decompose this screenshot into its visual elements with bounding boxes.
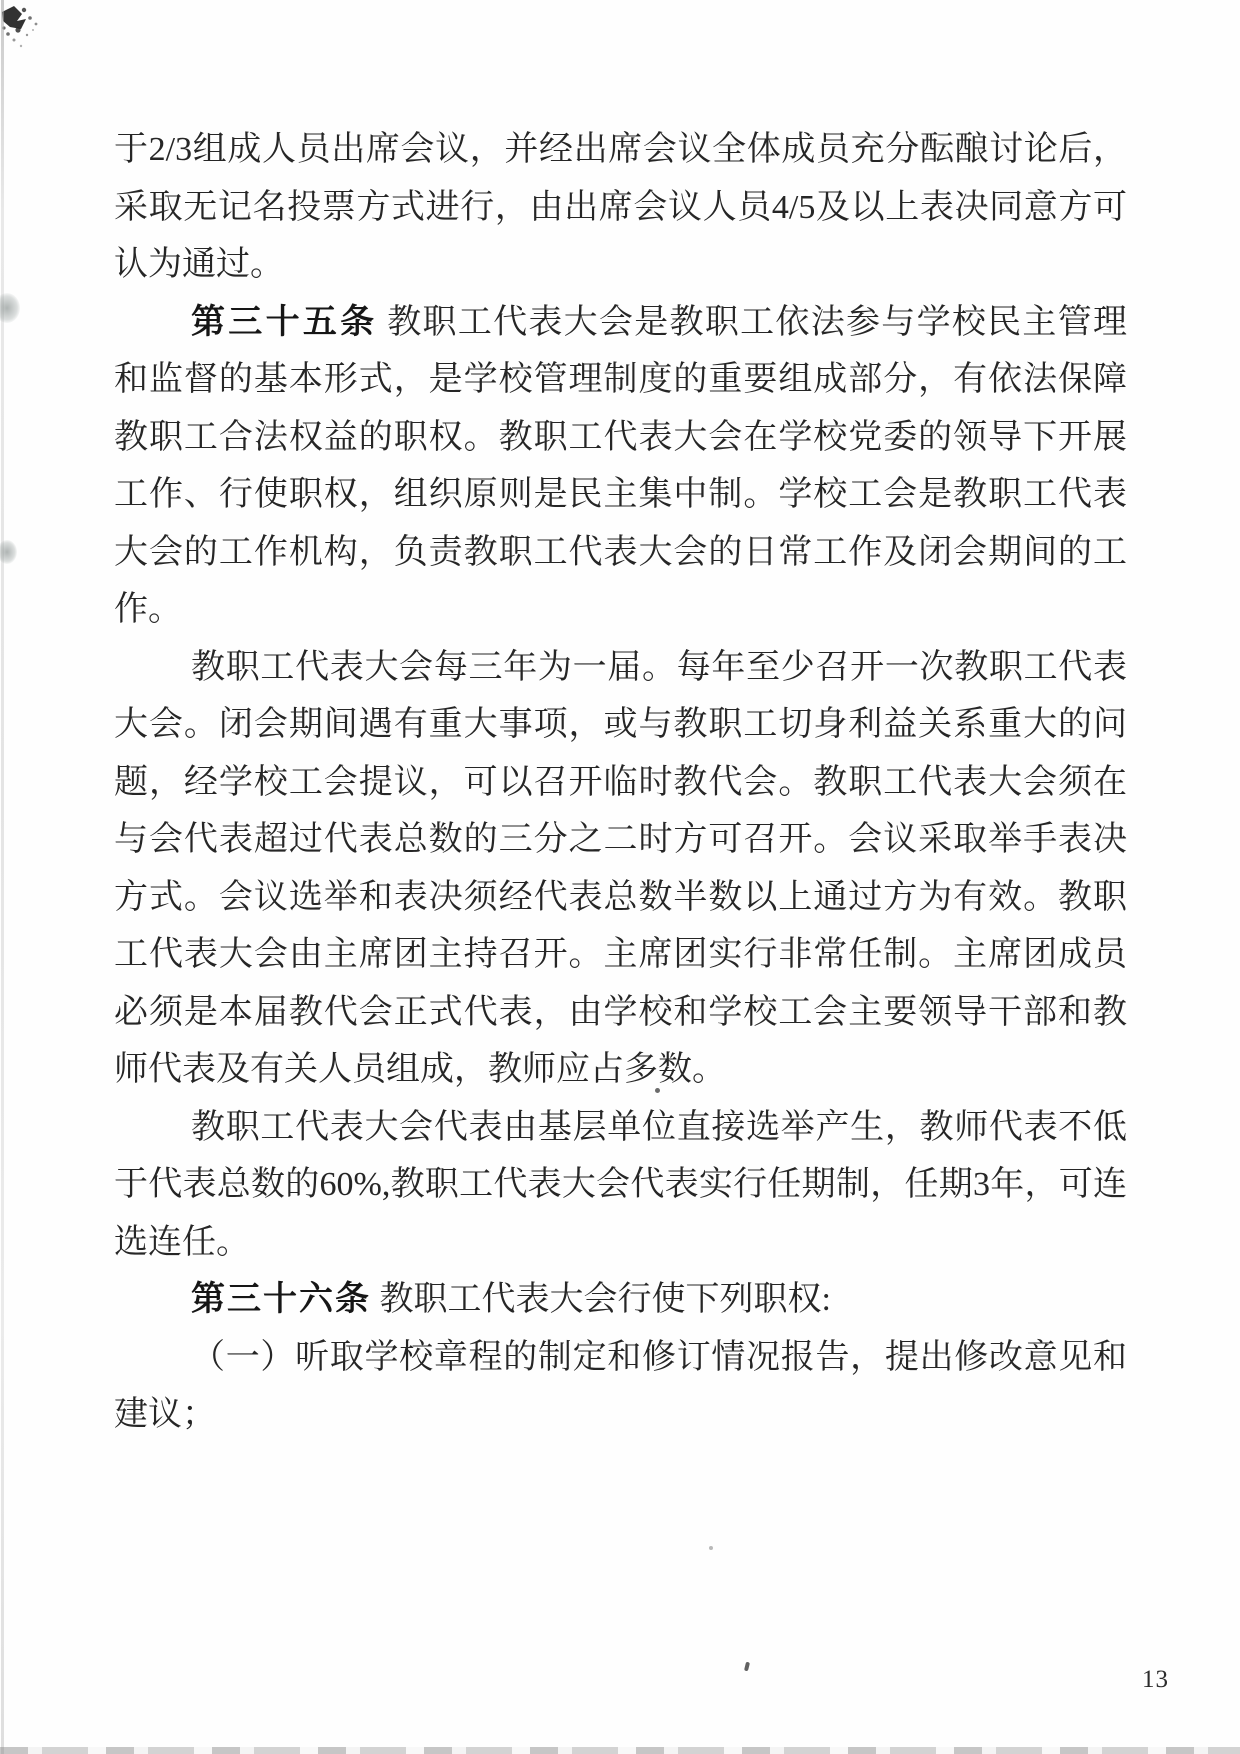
line-text: 工代表大会由主席团主持召开。主席团实行非常任制。主席团成员 — [114, 936, 1127, 973]
line-text: 教职工合法权益的职权。教职工代表大会在学校党委的领导下开展 — [114, 419, 1127, 456]
text-line: 师代表及有关人员组成，教师应占多数。 — [114, 1041, 1127, 1099]
line-text: 大会的工作机构，负责教职工代表大会的日常工作及闭会期间的工 — [114, 534, 1127, 571]
line-text: 师代表及有关人员组成，教师应占多数。 — [114, 1051, 726, 1088]
line-text: 采取无记名投票方式进行，由出席会议人员4/5及以上表决同意方可 — [114, 189, 1127, 226]
text-line: 教职工代表大会每三年为一届。每年至少召开一次教职工代表 — [114, 639, 1127, 697]
text-line: 于2/3组成人员出席会议，并经出席会议全体成员充分酝酿讨论后， — [114, 121, 1127, 179]
line-text: 大会。闭会期间遇有重大事项，或与教职工切身利益关系重大的问 — [114, 706, 1127, 743]
scan-left-edge-artifact — [1, 0, 4, 1754]
text-line: 认为通过。 — [114, 236, 1127, 294]
clause-heading: 第三十五条 — [191, 304, 377, 341]
text-line: 题，经学校工会提议，可以召开临时教代会。教职工代表大会须在 — [114, 754, 1127, 812]
text-line: （一）听取学校章程的制定和修订情况报告，提出修改意见和 — [114, 1329, 1127, 1387]
text-line: 工作、行使职权，组织原则是民主集中制。学校工会是教职工代表 — [114, 466, 1127, 524]
speck-artifact — [709, 1546, 713, 1550]
text-line: 教职工代表大会代表由基层单位直接选举产生，教师代表不低 — [114, 1099, 1127, 1157]
clause-heading: 第三十六条 — [191, 1281, 371, 1318]
line-text: 与会代表超过代表总数的三分之二时方可召开。会议采取举手表决 — [114, 821, 1127, 858]
text-line: 工代表大会由主席团主持召开。主席团实行非常任制。主席团成员 — [114, 926, 1127, 984]
text-line: 方式。会议选举和表决须经代表总数半数以上通过方为有效。教职 — [114, 869, 1127, 927]
line-text: 建议； — [114, 1396, 216, 1433]
line-text: （一）听取学校章程的制定和修订情况报告，提出修改意见和 — [191, 1339, 1127, 1376]
scan-bottom-edge-artifact — [0, 1747, 1240, 1754]
document-page: 于2/3组成人员出席会议，并经出席会议全体成员充分酝酿讨论后，采取无记名投票方式… — [0, 0, 1240, 1754]
line-text: 必须是本届教代会正式代表，由学校和学校工会主要领导干部和教 — [114, 994, 1127, 1031]
speck-artifact — [744, 1662, 750, 1672]
line-text: 教职工代表大会行使下列职权: — [371, 1281, 831, 1318]
line-text: 教职工代表大会每三年为一届。每年至少召开一次教职工代表 — [191, 649, 1127, 686]
line-text: 认为通过。 — [114, 246, 284, 283]
smudge-artifact — [0, 540, 17, 564]
line-text: 作。 — [114, 591, 182, 628]
text-line: 和监督的基本形式，是学校管理制度的重要组成部分，有依法保障 — [114, 351, 1127, 409]
line-text: 教职工代表大会是教职工依法参与学校民主管理 — [377, 304, 1127, 341]
page-number: 13 — [1142, 1666, 1169, 1694]
line-text: 于代表总数的60%,教职工代表大会代表实行任期制，任期3年，可连 — [114, 1166, 1127, 1203]
line-text: 方式。会议选举和表决须经代表总数半数以上通过方为有效。教职 — [114, 879, 1127, 916]
line-text: 教职工代表大会代表由基层单位直接选举产生，教师代表不低 — [191, 1109, 1127, 1146]
ink-blot-artifact — [0, 2, 70, 92]
text-line: 第三十六条 教职工代表大会行使下列职权: — [114, 1271, 1127, 1329]
text-line: 与会代表超过代表总数的三分之二时方可召开。会议采取举手表决 — [114, 811, 1127, 869]
text-line: 选连任。 — [114, 1214, 1127, 1272]
text-line: 教职工合法权益的职权。教职工代表大会在学校党委的领导下开展 — [114, 409, 1127, 467]
line-text: 于2/3组成人员出席会议，并经出席会议全体成员充分酝酿讨论后， — [114, 131, 1127, 168]
line-text: 选连任。 — [114, 1224, 250, 1261]
text-line: 采取无记名投票方式进行，由出席会议人员4/5及以上表决同意方可 — [114, 179, 1127, 237]
text-line: 于代表总数的60%,教职工代表大会代表实行任期制，任期3年，可连 — [114, 1156, 1127, 1214]
text-line: 第三十五条 教职工代表大会是教职工依法参与学校民主管理 — [114, 294, 1127, 352]
line-text: 题，经学校工会提议，可以召开临时教代会。教职工代表大会须在 — [114, 764, 1127, 801]
smudge-artifact — [0, 293, 20, 323]
text-line: 大会。闭会期间遇有重大事项，或与教职工切身利益关系重大的问 — [114, 696, 1127, 754]
text-line: 必须是本届教代会正式代表，由学校和学校工会主要领导干部和教 — [114, 984, 1127, 1042]
text-block: 于2/3组成人员出席会议，并经出席会议全体成员充分酝酿讨论后，采取无记名投票方式… — [114, 121, 1127, 1444]
line-text: 和监督的基本形式，是学校管理制度的重要组成部分，有依法保障 — [114, 361, 1127, 398]
text-line: 大会的工作机构，负责教职工代表大会的日常工作及闭会期间的工 — [114, 524, 1127, 582]
text-line: 建议； — [114, 1386, 1127, 1444]
text-line: 作。 — [114, 581, 1127, 639]
line-text: 工作、行使职权，组织原则是民主集中制。学校工会是教职工代表 — [114, 476, 1127, 513]
